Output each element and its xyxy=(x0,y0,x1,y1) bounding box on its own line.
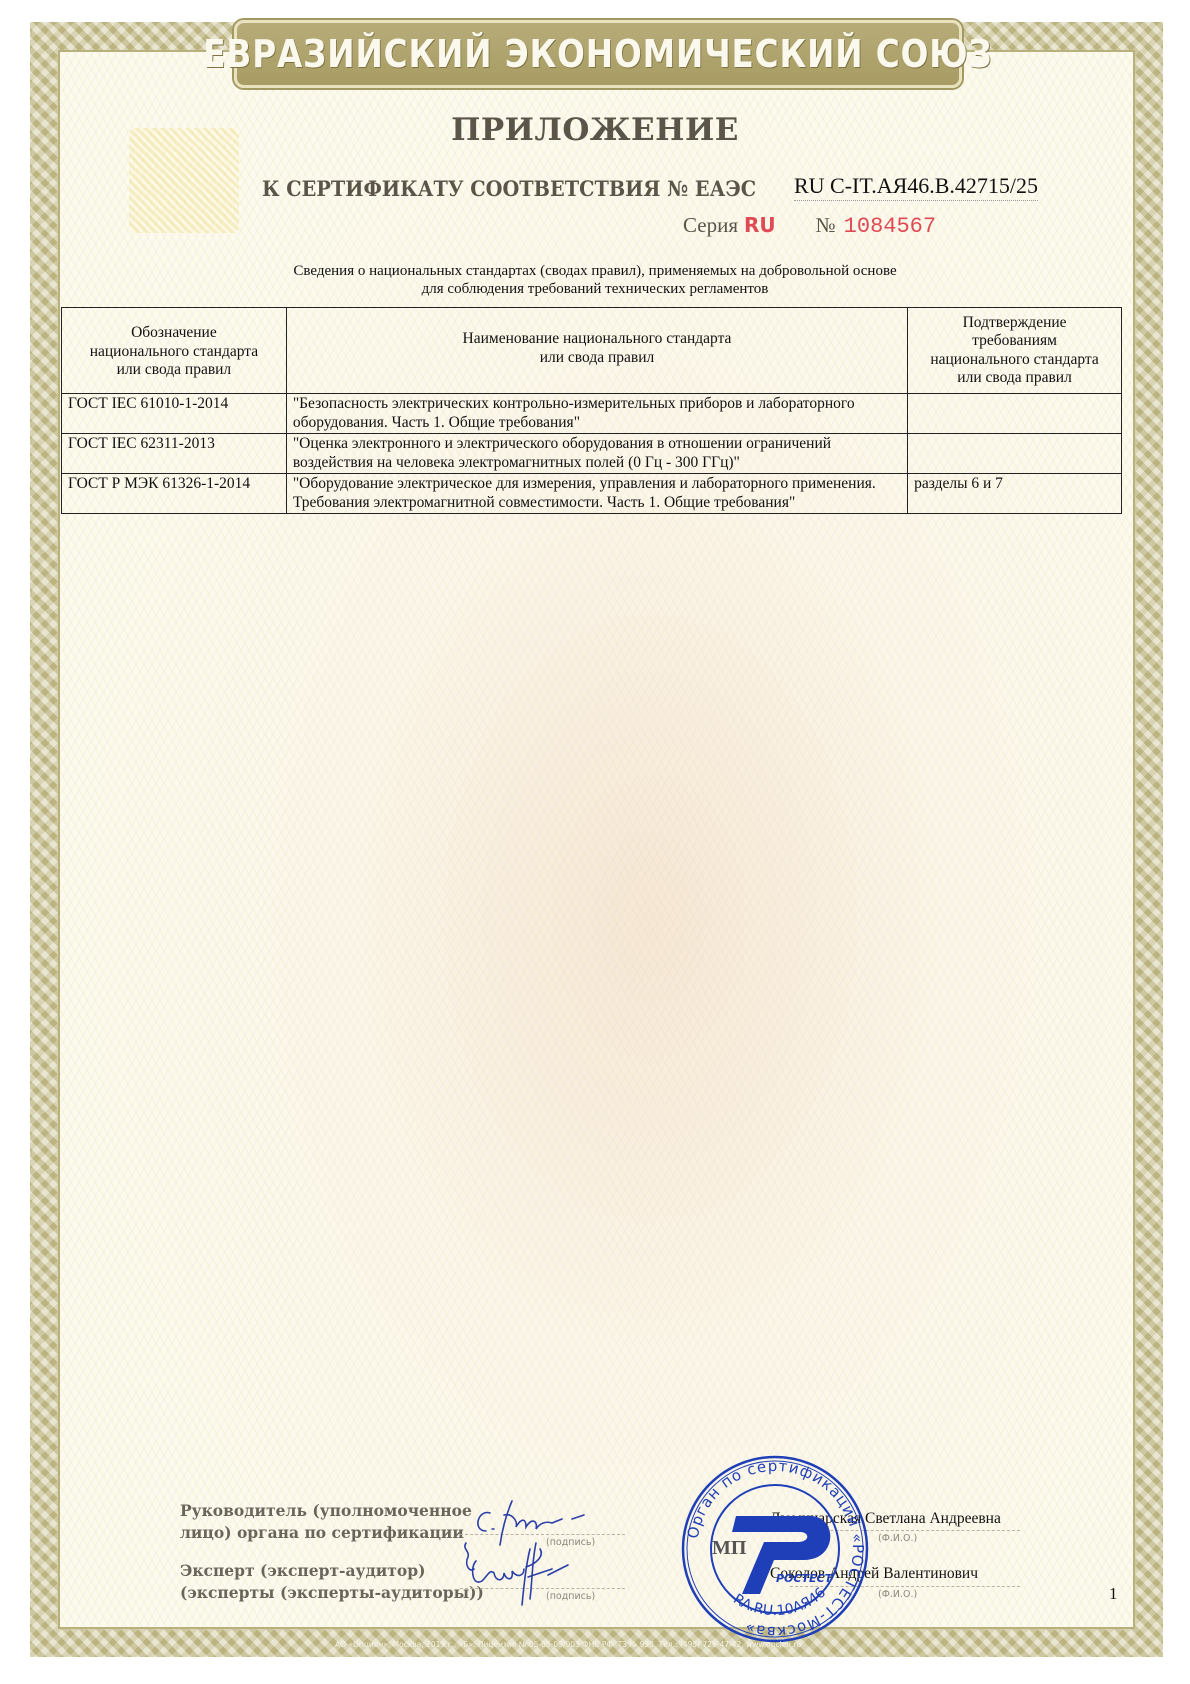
intro-line-1: Сведения о национальных стандартах (свод… xyxy=(0,262,1190,280)
intro-line-2: для соблюдения требований технических ре… xyxy=(0,280,1190,298)
page-title: ПРИЛОЖЕНИЕ xyxy=(0,112,1190,148)
head-label-2: лицо) органа по сертификации xyxy=(180,1522,484,1544)
expert-label-2: (эксперты (эксперты-аудиторы)) xyxy=(180,1582,484,1604)
cell-name: "Безопасность электрических контрольно-и… xyxy=(286,394,907,434)
series-label: Серия xyxy=(683,213,738,237)
page-number: 1 xyxy=(1109,1584,1118,1604)
number-label: № xyxy=(816,213,836,237)
table-row: ГОСТ IEC 62311-2013 "Оценка электронного… xyxy=(62,434,1122,474)
handwritten-signatures xyxy=(460,1495,620,1615)
certificate-line: К СЕРТИФИКАТУ СООТВЕТСТВИЯ № ЕАЭС xyxy=(262,176,799,201)
banner-text: ЕВРАЗИЙСКИЙ ЭКОНОМИЧЕСКИЙ СОЮЗ xyxy=(203,32,992,76)
expert-name-caption: (Ф.И.О.) xyxy=(878,1589,917,1600)
expert-label-1: Эксперт (эксперт-аудитор) xyxy=(180,1560,484,1582)
certification-stamp: Орган по сертификации «РОСТЕСТ-Москва» R… xyxy=(680,1454,870,1644)
header-name: Наименование национального стандарта или… xyxy=(286,308,907,394)
union-banner: ЕВРАЗИЙСКИЙ ЭКОНОМИЧЕСКИЙ СОЮЗ xyxy=(234,20,962,88)
series-line: СерияRU№1084567 xyxy=(683,213,936,239)
head-name-caption: (Ф.И.О.) xyxy=(878,1533,917,1544)
certificate-number: RU C-IT.АЯ46.B.42715/25 xyxy=(794,173,1038,201)
printer-imprint: АО «Опцион», Москва, 2019 г., «Б». Лицен… xyxy=(335,1640,1175,1649)
cell-confirmation: разделы 6 и 7 xyxy=(908,474,1122,514)
head-label-1: Руководитель (уполномоченное xyxy=(180,1500,484,1522)
standards-table: Обозначение национального стандарта или … xyxy=(61,307,1122,514)
cell-designation: ГОСТ IEC 62311-2013 xyxy=(62,434,287,474)
form-number: 1084567 xyxy=(844,214,936,239)
table-row: ГОСТ IEC 61010-1-2014 "Безопасность элек… xyxy=(62,394,1122,434)
cell-designation: ГОСТ IEC 61010-1-2014 xyxy=(62,394,287,434)
intro-text: Сведения о национальных стандартах (свод… xyxy=(0,262,1190,298)
series-value: RU xyxy=(744,213,776,237)
table-header-row: Обозначение национального стандарта или … xyxy=(62,308,1122,394)
header-designation: Обозначение национального стандарта или … xyxy=(62,308,287,394)
cell-name: "Оборудование электрическое для измерени… xyxy=(286,474,907,514)
signature-labels: Руководитель (уполномоченное лицо) орган… xyxy=(180,1500,484,1604)
certificate-label: К СЕРТИФИКАТУ СООТВЕТСТВИЯ № ЕАЭС xyxy=(262,176,756,201)
header-confirmation: Подтверждение требованиям национального … xyxy=(908,308,1122,394)
svg-text:РОСТЕСТ: РОСТЕСТ xyxy=(776,1572,834,1585)
table-row: ГОСТ Р МЭК 61326-1-2014 "Оборудование эл… xyxy=(62,474,1122,514)
cell-name: "Оценка электронного и электрического об… xyxy=(286,434,907,474)
cell-confirmation xyxy=(908,434,1122,474)
cell-designation: ГОСТ Р МЭК 61326-1-2014 xyxy=(62,474,287,514)
cell-confirmation xyxy=(908,394,1122,434)
svg-text:МП: МП xyxy=(712,1537,747,1559)
